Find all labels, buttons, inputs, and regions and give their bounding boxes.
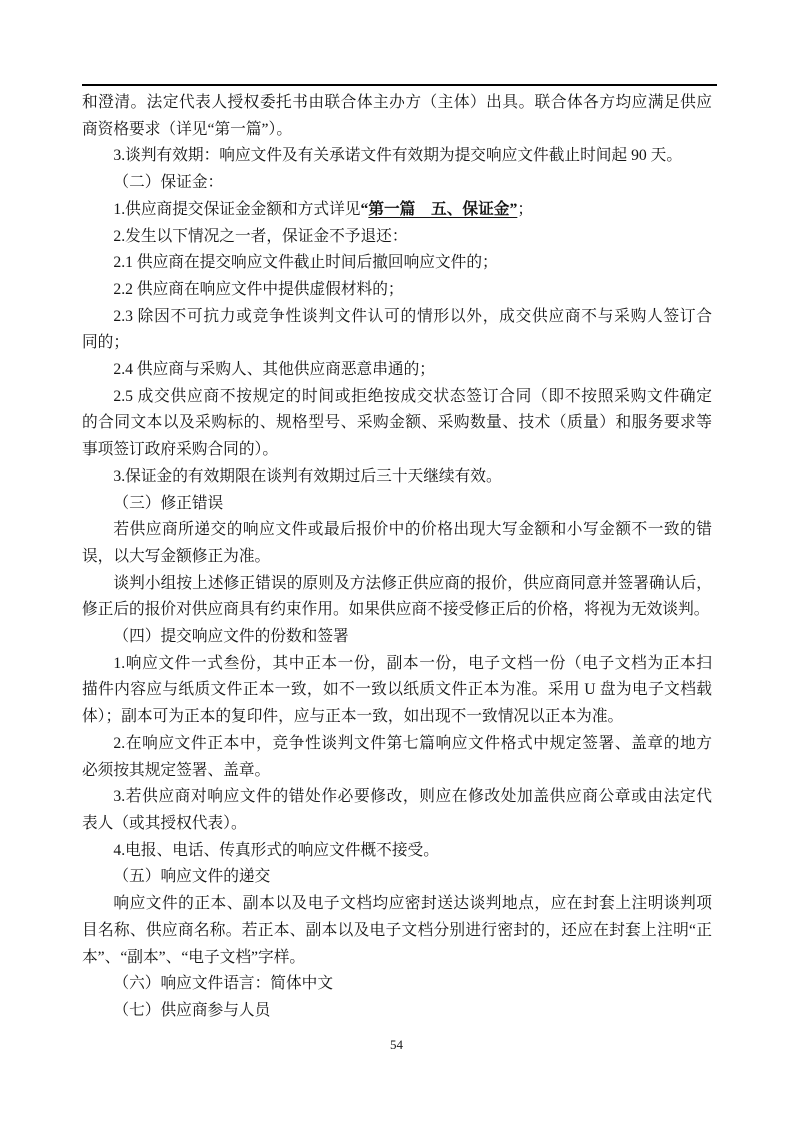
text-line: 本”、“副本”、“电子文档”字样。 [82,945,712,972]
section-reference-text: 第一篇 五、保证金” [368,201,517,218]
text-segment: 1.供应商提交保证金金额和方式详见 [113,201,360,218]
document-page: 和澄清。法定代表人授权委托书由联合体主办方（主体）出具。联合体各方均应满足供应商… [0,0,793,1122]
text-line: （七）供应商参与人员 [82,998,712,1025]
text-line: 若供应商所递交的响应文件或最后报价中的价格出现大写金额和小写金额不一致的错 [82,517,712,544]
text-line: 表人（或其授权代表）。 [82,811,712,838]
text-line: 2.2 供应商在响应文件中提供虚假材料的； [82,277,712,304]
text-line: 谈判小组按上述修正错误的原则及方法修正供应商的报价，供应商同意并签署确认后， [82,571,712,598]
text-line: 同的； [82,330,712,357]
text-line: 4.电报、电话、传真形式的响应文件概不接受。 [82,838,712,865]
text-line: 2.5 成交供应商不按规定的时间或拒绝按成交状态签订合同（即不按照采购文件确定 [82,384,712,411]
text-line: 事项签订政府采购合同的）。 [82,437,712,464]
text-line: 3.谈判有效期：响应文件及有关承诺文件有效期为提交响应文件截止时间起 90 天。 [82,143,712,170]
text-line: （五）响应文件的递交 [82,864,712,891]
text-line: 3.保证金的有效期限在谈判有效期过后三十天继续有效。 [82,464,712,491]
text-line: 必须按其规定签署、盖章。 [82,758,712,785]
text-line: 目名称、供应商名称。若正本、副本以及电子文档分别进行密封的，还应在封套上注明“正 [82,918,712,945]
header-rule [82,84,717,86]
text-line: 修正后的报价对供应商具有约束作用。如果供应商不接受修正后的价格，将视为无效谈判。 [82,597,712,624]
text-line: （二）保证金： [82,170,712,197]
text-line: 2.1 供应商在提交响应文件截止时间后撤回响应文件的； [82,250,712,277]
page-number: 54 [0,1037,793,1053]
document-body: 和澄清。法定代表人授权委托书由联合体主办方（主体）出具。联合体各方均应满足供应商… [82,90,712,1025]
text-line: 和澄清。法定代表人授权委托书由联合体主办方（主体）出具。联合体各方均应满足供应 [82,90,712,117]
text-line: （四）提交响应文件的份数和签署 [82,624,712,651]
text-line: 2.3 除因不可抗力或竞争性谈判文件认可的情形以外，成交供应商不与采购人签订合 [82,304,712,331]
text-line: 2.发生以下情况之一者，保证金不予退还： [82,224,712,251]
text-line: （三）修正错误 [82,491,712,518]
text-line: 误，以大写金额修正为准。 [82,544,712,571]
text-line: 1.供应商提交保证金金额和方式详见“第一篇 五、保证金”； [82,197,712,224]
text-line: 描件内容应与纸质文件正本一致，如不一致以纸质文件正本为准。采用 U 盘为电子文档… [82,677,712,704]
text-line: 1.响应文件一式叁份，其中正本一份，副本一份，电子文档一份（电子文档为正本扫 [82,651,712,678]
text-line: 商资格要求（详见“第一篇”）。 [82,117,712,144]
text-segment: ； [517,201,533,218]
text-line: 2.在响应文件正本中，竞争性谈判文件第七篇响应文件格式中规定签署、盖章的地方 [82,731,712,758]
text-line: 的合同文本以及采购标的、规格型号、采购金额、采购数量、技术（质量）和服务要求等 [82,410,712,437]
text-line: 2.4 供应商与采购人、其他供应商恶意串通的； [82,357,712,384]
text-line: 3.若供应商对响应文件的错处作必要修改，则应在修改处加盖供应商公章或由法定代 [82,784,712,811]
text-line: （六）响应文件语言：简体中文 [82,971,712,998]
text-line: 体）；副本可为正本的复印件，应与正本一致，如出现不一致情况以正本为准。 [82,704,712,731]
text-line: 响应文件的正本、副本以及电子文档均应密封送达谈判地点，应在封套上注明谈判项 [82,891,712,918]
